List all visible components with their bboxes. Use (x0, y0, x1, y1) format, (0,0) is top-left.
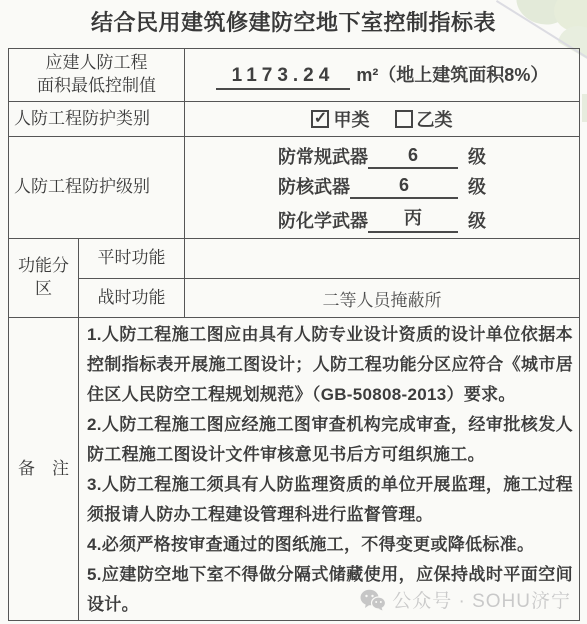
page-title: 结合民用建筑修建防空地下室控制指标表 (0, 6, 587, 37)
level-suffix: 级 (468, 143, 486, 169)
area-value: 1173.24 (216, 65, 351, 90)
note-item: 1.人防工程施工图应由具有人防专业设计资质的设计单位依据本控制指标表开展施工图设… (87, 320, 573, 410)
wartime-label: 战时功能 (79, 279, 185, 318)
level-value-cell: 防常规武器 6 级 防核武器 6 级 防化学武器 丙 级 (185, 137, 580, 239)
leaf-shape (582, 94, 587, 122)
notes-label: 备 注 (9, 318, 79, 621)
peacetime-label: 平时功能 (79, 239, 185, 279)
level-prefix: 防常规武器 (278, 143, 368, 169)
level-line-chemical: 防化学武器 丙 级 (278, 204, 486, 233)
level-suffix: 级 (468, 173, 486, 199)
checkbox-jia-icon[interactable] (311, 110, 329, 128)
table-row-area: 应建人防工程 面积最低控制值 1173.24m²（地上建筑面积8%） (9, 49, 580, 102)
area-value-cell: 1173.24m²（地上建筑面积8%） (185, 49, 580, 102)
level-suffix: 级 (468, 207, 486, 233)
category-option-jia[interactable]: 甲类 (311, 106, 369, 132)
wechat-icon (360, 589, 386, 611)
area-label-line1: 应建人防工程 (10, 52, 183, 75)
area-label: 应建人防工程 面积最低控制值 (9, 49, 185, 102)
notes-content: 1.人防工程施工图应由具有人防专业设计资质的设计单位依据本控制指标表开展施工图设… (79, 318, 580, 621)
level-value-underline: 丙 (368, 204, 458, 233)
peacetime-value-cell (185, 239, 580, 279)
note-item: 2.人防工程施工图应经施工图审查机构完成审查，经审批核发人防工程施工图设计文件审… (87, 410, 573, 470)
control-index-table: 应建人防工程 面积最低控制值 1173.24m²（地上建筑面积8%） 人防工程防… (8, 48, 580, 621)
table-row-notes: 备 注 1.人防工程施工图应由具有人防专业设计资质的设计单位依据本控制指标表开展… (9, 318, 580, 621)
category-value-cell: 甲类 乙类 (185, 102, 580, 137)
level-label: 人防工程防护级别 (9, 137, 185, 239)
function-zone-label: 功能分区 (9, 239, 79, 318)
table-row-category: 人防工程防护类别 甲类 乙类 (9, 102, 580, 137)
level-value-underline: 6 (368, 145, 458, 169)
watermark-text: 公众号 · SOHU济宁 (392, 586, 571, 613)
wartime-value-cell: 二等人员掩蔽所 (185, 279, 580, 318)
table-row-wartime: 战时功能 二等人员掩蔽所 (9, 279, 580, 318)
level-line-conventional: 防常规武器 6 级 (278, 143, 486, 169)
level-prefix: 防核武器 (278, 173, 350, 199)
level-lines: 防常规武器 6 级 防核武器 6 级 防化学武器 丙 级 (278, 138, 486, 237)
watermark: 公众号 · SOHU济宁 (360, 586, 571, 613)
level-line-nuclear: 防核武器 6 级 (278, 173, 486, 199)
category-option-yi-label: 乙类 (417, 106, 453, 132)
area-label-line2: 面积最低控制值 (10, 75, 183, 98)
area-unit: m²（地上建筑面积8%） (356, 65, 548, 85)
note-item: 4.必须严格按审查通过的图纸施工，不得变更或降低标准。 (87, 530, 573, 560)
checkbox-yi-icon[interactable] (395, 110, 413, 128)
table-row-level: 人防工程防护级别 防常规武器 6 级 防核武器 6 级 防化学武器 丙 级 (9, 137, 580, 239)
table-row-peacetime: 功能分区 平时功能 (9, 239, 580, 279)
level-value-underline: 6 (350, 175, 458, 199)
category-label: 人防工程防护类别 (9, 102, 185, 137)
category-option-yi[interactable]: 乙类 (395, 106, 453, 132)
level-prefix: 防化学武器 (278, 207, 368, 233)
note-item: 3.人防工程施工须具有人防监理资质的单位开展监理，施工过程须报请人防办工程建设管… (87, 470, 573, 530)
category-option-jia-label: 甲类 (333, 106, 369, 132)
